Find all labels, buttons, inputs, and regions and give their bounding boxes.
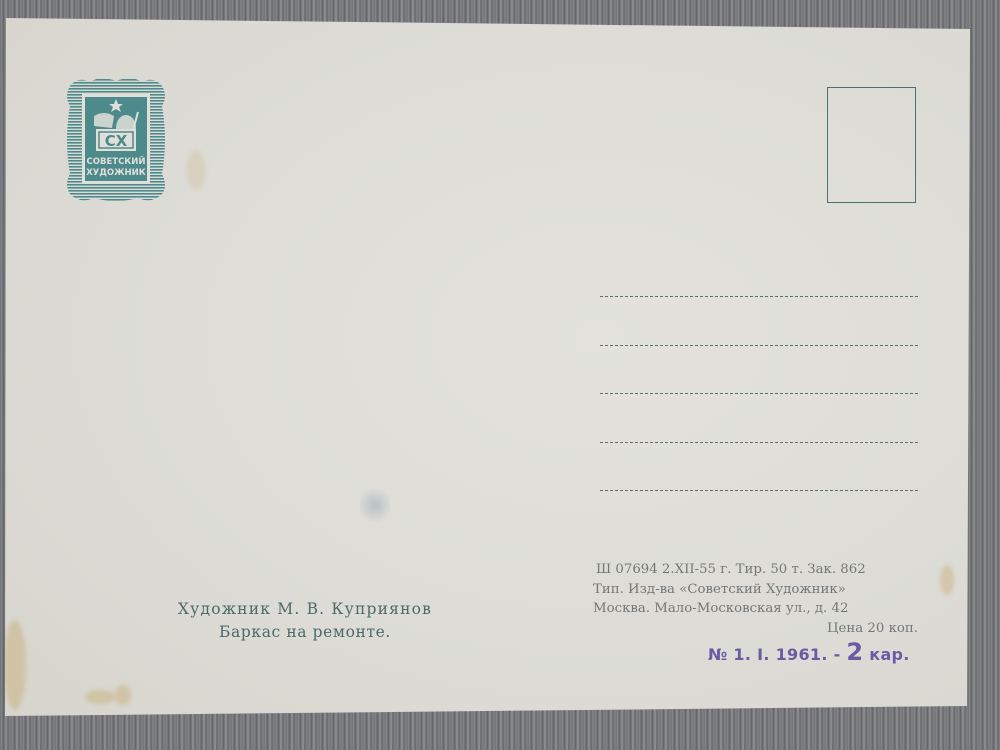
address-line-5 (600, 490, 918, 491)
age-stain (940, 565, 954, 595)
printer-imprint: Ш 07694 2.XII-55 г. Тир. 50 т. Зак. 862 … (560, 560, 918, 638)
rubber-stamp-suffix: кар. (869, 645, 909, 664)
imprint-line-3: Москва. Мало-Московская ул., д. 42 (560, 599, 918, 619)
artwork-credits: Художник М. В. Куприянов Баркас на ремон… (140, 598, 470, 644)
artist-name: Художник М. В. Куприянов (140, 598, 470, 621)
svg-text:ХУДОЖНИК: ХУДОЖНИК (86, 168, 146, 178)
ink-smudge (360, 485, 390, 525)
age-stain (4, 620, 26, 710)
stamp-placement-box (827, 87, 916, 203)
imprint-line-1: Ш 07694 2.XII-55 г. Тир. 50 т. Зак. 862 (560, 560, 918, 580)
imprint-line-2: Тип. Изд-ва «Советский Художник» (560, 580, 918, 600)
svg-text:СХ: СХ (105, 132, 128, 150)
rubber-stamp: № 1. I. 1961. - 2 кар. (708, 638, 910, 666)
svg-text:СОВЕТСКИЙ: СОВЕТСКИЙ (87, 155, 146, 167)
sovetsky-khudozhnik-logo-icon: СХ СОВЕТСКИЙ ХУДОЖНИК (64, 76, 168, 204)
price-label: Цена 20 коп. (560, 619, 918, 639)
address-line-1 (600, 296, 918, 297)
age-stain (115, 685, 131, 705)
rubber-stamp-number: 2 (846, 638, 863, 666)
rubber-stamp-date: № 1. I. 1961. - (708, 645, 841, 664)
address-line-2 (600, 345, 918, 346)
address-line-3 (600, 393, 918, 394)
age-stain (186, 150, 206, 190)
artwork-title: Баркас на ремонте. (140, 621, 470, 644)
postcard-back: СХ СОВЕТСКИЙ ХУДОЖНИК Художник М. В. Куп… (0, 0, 1000, 750)
address-line-4 (600, 442, 918, 443)
age-stain (85, 690, 115, 704)
